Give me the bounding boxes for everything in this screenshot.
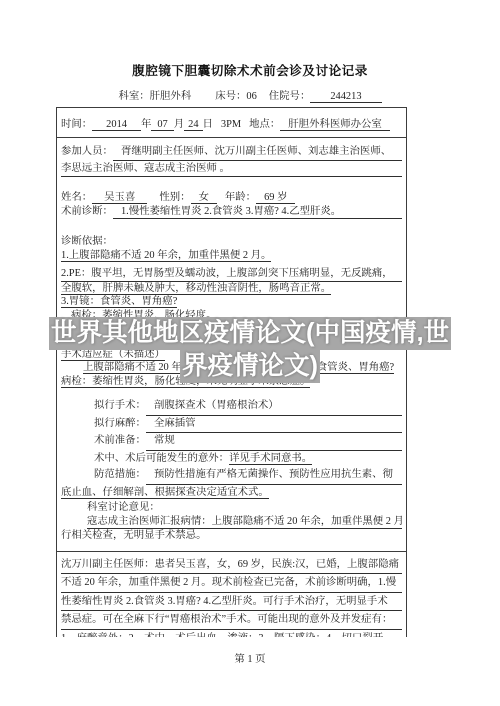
planned-surgery-value: 剖腹探查术（胃癌根治术） bbox=[146, 398, 402, 416]
record-table: 时间：2014年07月24日3PM地点：肝胆外科医师办公室 参加人员：胥继明副主… bbox=[56, 107, 407, 637]
admission-number: 244213 bbox=[310, 91, 381, 103]
discussion-section: 科室讨论意见： 寇志成主治医师汇报病情：上腹部隐痛不适 20 年余，加重伴黑便 … bbox=[61, 501, 402, 543]
opinion-line-2: 不适 20 年余，加重伴黑便 2 月。现术前检查已完备，术前诊断明确，1.慢 bbox=[61, 574, 402, 593]
prevention-label: 防范措施： bbox=[94, 467, 146, 485]
name-label: 姓名： bbox=[61, 192, 92, 203]
obscured-fragment: 手术适应症（未描述） bbox=[61, 348, 402, 362]
planned-surgery-label: 拟行手术： bbox=[94, 398, 146, 416]
discussion-report-2: 行相关检查，无明显手术禁忌。 bbox=[61, 529, 402, 543]
department-value: 肝胆外科 bbox=[150, 91, 192, 102]
bed-value: 06 bbox=[246, 91, 256, 102]
document-page: 腹腔镜下胆囊切除术术前会诊及讨论记录 科室：肝胆外科床号：06住院号：24421… bbox=[0, 0, 500, 706]
accident-label: 术中、术后可能发生的意外： bbox=[94, 453, 229, 464]
prevention-line-1: 防范措施：预防性措施有严格无菌操作、预防性应用抗生素、彻 bbox=[61, 467, 402, 485]
diagnosis-basis-line-5: 病检：萎缩性胃炎，肠化轻度。 bbox=[61, 309, 402, 323]
meta-line: 科室：肝胆外科床号：06住院号：244213 bbox=[0, 87, 500, 102]
opinion-line-4: 禁忌症。可在全麻下行“胃癌根治术”手术。可能出现的意外及并发症有： bbox=[61, 611, 402, 630]
preparation-value: 常规 bbox=[146, 433, 402, 451]
sex-label: 性别： bbox=[159, 192, 190, 203]
main-cell: 参加人员：胥继明副主任医师、沈万川副主任医师、刘志雄主治医师、 李思远主治医师、… bbox=[57, 138, 406, 637]
year-unit: 年 bbox=[141, 119, 151, 130]
opinion-line-3: 性萎缩性胃炎 2.食管炎 3.胃癌? 4.乙型肝炎。可行手术治疗，无明显手术 bbox=[61, 593, 402, 612]
diagnosis-basis-line-4: 3.胃镜：食管炎、胃角癌? bbox=[61, 295, 402, 309]
page-number: 第 1 页 bbox=[0, 650, 500, 665]
participants-names-1: 胥继明副主任医师、沈万川副主任医师、刘志雄主治医师、 bbox=[113, 144, 402, 161]
discussion-label: 科室讨论意见： bbox=[61, 501, 402, 515]
day-value: 24 bbox=[184, 119, 202, 131]
time-place-row: 时间：2014年07月24日3PM地点：肝胆外科医师办公室 bbox=[57, 108, 406, 138]
prevention-value-1: 预防性措施有严格无菌操作、预防性应用抗生素、彻 bbox=[146, 467, 402, 485]
plan-section: 拟行手术：剖腹探查术（胃癌根治术） 拟行麻醉：全麻插管 术前准备：常规 术中、术… bbox=[61, 398, 402, 501]
day-unit: 日 bbox=[203, 119, 213, 130]
discussion-report-1: 寇志成主治医师汇报病情：上腹部隐痛不适 20 年余，加重伴黑便 2 月， bbox=[61, 515, 402, 530]
diagnosis-basis-line-1: 1.上腹部隐痛不适 20 年余，加重伴黑便 2 月。 bbox=[61, 249, 402, 263]
summary-line-1: 上腹部隐痛不适 20 年余，加重伴黑便 2 月。胃镜：食管炎、胃角癌? bbox=[61, 361, 402, 375]
age-label: 年龄： bbox=[225, 192, 256, 203]
department-label: 科室： bbox=[118, 91, 149, 102]
place-value: 肝胆外科医师办公室 bbox=[280, 119, 390, 131]
opinion-line-5: 1、麻醉意外；2、术中、术后出血、渗液；3、隔下感染；4、切口裂开， bbox=[61, 630, 402, 638]
preop-diagnosis-value: 1.慢性萎缩性胃炎 2.食管炎 3.胃癌? 4.乙型肝炎。 bbox=[113, 205, 402, 220]
opinion-line-1: 沈万川副主任医师：患者吴玉喜，女，69 岁，民族:汉，已婚，上腹部隐痛 bbox=[61, 556, 402, 575]
participants-line-2: 李思远主治医师、寇志成主治医师 。 bbox=[61, 161, 402, 178]
anesthesia-value: 全麻插管 bbox=[146, 416, 402, 434]
year-value: 2014 bbox=[92, 119, 141, 131]
accident-line: 术中、术后可能发生的意外：详见手术同意书。 bbox=[61, 451, 402, 468]
preop-diagnosis-label: 术前诊断： bbox=[61, 205, 113, 220]
prevention-line-2: 底止血、仔细解剖、根据探查决定适宜术式。 bbox=[61, 485, 402, 502]
patient-line: 姓名：吴玉喜性别：女年龄：69 岁 bbox=[61, 191, 402, 205]
time-label: 时间： bbox=[61, 119, 92, 130]
accident-value: 详见手术同意书。 bbox=[229, 453, 312, 465]
opinion-cell: 沈万川副主任医师：患者吴玉喜，女，69 岁，民族:汉，已婚，上腹部隐痛 不适 2… bbox=[57, 551, 406, 638]
participants-line-1: 参加人员：胥继明副主任医师、沈万川副主任医师、刘志雄主治医师、 bbox=[61, 144, 402, 161]
diagnosis-basis-line-2: 2.PE：腹平坦，无胃肠型及蠕动波，上腹部剑突下压痛明显，无反跳痛， bbox=[61, 267, 402, 282]
month-value: 07 bbox=[151, 119, 173, 131]
admission-label: 住院号： bbox=[269, 91, 311, 102]
diagnosis-basis-line-3: 全腹软，肝脾未触及肿大，移动性浊音阴性，肠鸣音正常。 bbox=[61, 282, 402, 296]
participants-label: 参加人员： bbox=[61, 144, 113, 161]
diagnosis-basis-label: 诊断依据： bbox=[61, 235, 402, 249]
planned-surgery-line: 拟行手术：剖腹探查术（胃癌根治术） bbox=[61, 398, 402, 416]
clock-time: 3PM bbox=[221, 119, 241, 130]
obscured-item-4: 4.乙型肝炎病史。 bbox=[61, 322, 402, 336]
summary-line-2: 病检：萎缩性胃炎，肠化轻度，未见明显手术禁忌症。 bbox=[61, 375, 402, 389]
sex-value: 女 bbox=[191, 192, 217, 204]
preop-diagnosis-line: 术前诊断：1.慢性萎缩性胃炎 2.食管炎 3.胃癌? 4.乙型肝炎。 bbox=[61, 205, 402, 220]
bed-label: 床号： bbox=[215, 91, 246, 102]
place-label: 地点： bbox=[249, 119, 280, 130]
name-value: 吴玉喜 bbox=[92, 192, 147, 204]
preparation-label: 术前准备： bbox=[94, 433, 146, 451]
anesthesia-line: 拟行麻醉：全麻插管 bbox=[61, 416, 402, 434]
age-value: 69 岁 bbox=[256, 192, 295, 204]
anesthesia-label: 拟行麻醉： bbox=[94, 416, 146, 434]
page-title: 腹腔镜下胆囊切除术术前会诊及讨论记录 bbox=[0, 60, 500, 79]
month-unit: 月 bbox=[174, 119, 184, 130]
preparation-line: 术前准备：常规 bbox=[61, 433, 402, 451]
